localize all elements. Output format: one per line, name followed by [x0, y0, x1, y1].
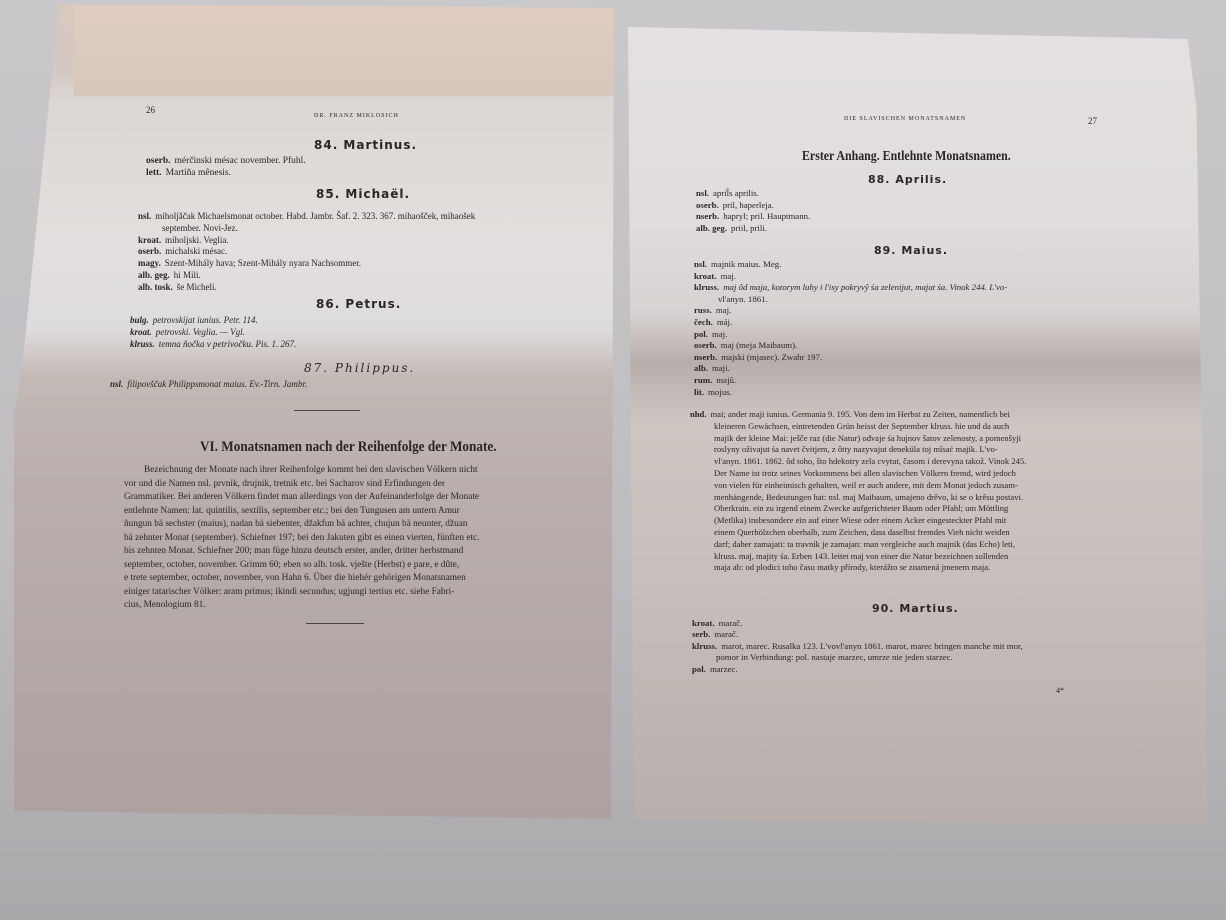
entry-text: kleineren Gewächsen, eintretenden Grün h…	[714, 421, 1009, 431]
folded-paper-edge	[74, 6, 624, 96]
entry-list: oserb.mérčinski mésac november. Pfuhl. l…	[146, 156, 306, 180]
entry-text: pomor in Verbindung: pol. nastaje marzec…	[716, 652, 953, 662]
entry-text: majik der kleine Mai: ješče raz (die Nat…	[714, 433, 1021, 443]
entry-text: máj.	[717, 317, 732, 327]
entry-continuation: vl'anyn. 1861. 1862. ôd toho, što hdekot…	[690, 456, 1026, 468]
entry-text: še Micheli.	[177, 282, 217, 292]
language-abbr: rum.	[694, 375, 712, 385]
entry-text: mérčinski mésac november. Pfuhl.	[175, 156, 306, 166]
entry-list: bulg.petrovskijat iunius. Petr. 114. kro…	[130, 315, 296, 350]
language-abbr: oserb.	[694, 340, 717, 350]
running-head: Dr. Franz Miklosich	[314, 113, 399, 119]
chapter-paragraph: Bezeichnung der Monate nach ihrer Reihen…	[124, 464, 554, 613]
paragraph-line: bis zehnten Monat. Schiefner 200; man fü…	[124, 545, 554, 559]
paragraph-line: vor und die Namen nsl. prvnik, drujnik, …	[124, 478, 554, 492]
entry: russ.maj.	[694, 305, 1007, 317]
entry-continuation: Oberkrain. ein zu irgend einem Zwecke au…	[690, 503, 1026, 515]
entry: čech.máj.	[694, 317, 1007, 329]
entry: klruss.temna ňočka v petrivočku. Pis. 1.…	[130, 339, 296, 351]
entry-text: roslyny oživajut śa navet čvitjem, z ôtt…	[714, 444, 998, 454]
language-abbr: pol.	[692, 664, 706, 674]
language-abbr: magy.	[138, 258, 161, 268]
language-abbr: nsl.	[696, 188, 709, 198]
entry: oserb.michalski mésac.	[138, 246, 475, 258]
entry-list: nsl.april̂s aprilis. oserb.pril, haperle…	[696, 188, 810, 234]
language-abbr: čech.	[694, 317, 713, 327]
language-abbr: oserb.	[696, 200, 719, 210]
paragraph-line: einiger tatarischer Völker: aram primus;…	[124, 586, 554, 600]
language-abbr: alb. tosk.	[138, 282, 173, 292]
language-abbr: klruss.	[694, 282, 719, 292]
entry-continuation: majik der kleine Mai: ješče raz (die Nat…	[690, 433, 1026, 445]
running-head: Die slavischen Monatsnamen	[844, 116, 966, 122]
language-abbr: kroat.	[694, 271, 717, 281]
entry-continuation: kleineren Gewächsen, eintretenden Grün h…	[690, 421, 1026, 433]
section-divider	[294, 410, 360, 411]
entry: pol.maj.	[694, 329, 1007, 341]
entry-continuation: vl'anyn. 1861.	[694, 294, 1007, 306]
entry-text: miholjski. Veglia.	[165, 235, 229, 245]
entry-text: maja ab: od plodici toho času matky přír…	[714, 562, 990, 572]
entry: nserb.hapryl; pril. Hauptmann.	[696, 211, 810, 223]
entry: klruss.marot, marec. Rusalka 123. L'vovl…	[692, 641, 1023, 652]
language-abbr: lit.	[694, 387, 704, 397]
end-divider	[306, 623, 364, 624]
entry-continuation: klruss. maj, majity śa. Erben 143. leite…	[690, 551, 1026, 563]
entry-text: mai; ander maji iunius. Germania 9. 195.…	[711, 409, 1010, 419]
entry-text: miholjǎčak Michaelsmonat october. Habd. …	[155, 211, 475, 221]
paragraph-line: Bezeichnung der Monate nach ihrer Reihen…	[124, 464, 554, 478]
entry-text: september. Novi-Jez.	[162, 223, 238, 233]
entry-list: nsl.filipovščak Philippsmonat maius. Ev.…	[110, 379, 307, 391]
language-abbr: russ.	[694, 305, 712, 315]
section-heading: 88. Aprilis.	[868, 173, 947, 186]
entry-text: majski (mjasec). Zwahr 197.	[721, 352, 822, 362]
entry-text: Der Name ist trotz seines Vorkommens bei…	[714, 468, 1016, 478]
entry-continuation: Der Name ist trotz seines Vorkommens bei…	[690, 468, 1026, 480]
entry-text: maj.	[716, 305, 731, 315]
language-abbr: kroat.	[130, 327, 152, 337]
language-abbr: kroat.	[138, 235, 161, 245]
language-abbr: nserb.	[696, 211, 719, 221]
entry-text: petrovskijat iunius. Petr. 114.	[153, 315, 258, 325]
entry-list: nsl.majnik maius. Meg. kroat.maj. klruss…	[694, 259, 1007, 398]
entry: alb. geg.priil, prili.	[696, 223, 810, 235]
entry: klruss.maj ôd maja, kotorym luhy i l'isy…	[694, 282, 1007, 294]
section-heading: 89. Maius.	[874, 244, 948, 257]
entry-text: menhängende, Bedeutungen hat: nsl. maj M…	[714, 492, 1023, 502]
entry-text: hapryl; pril. Hauptmann.	[723, 211, 810, 221]
language-abbr: serb.	[692, 629, 710, 639]
entry-text: priil, prili.	[731, 223, 767, 233]
entry: kroat.maj.	[694, 271, 1007, 283]
entry-continuation: pomor in Verbindung: pol. nastaje marzec…	[692, 652, 1023, 663]
paragraph-line: september, october, november. Grimm 60; …	[124, 559, 554, 573]
language-abbr: alb. geg.	[696, 223, 727, 233]
entry: rum.majŭ.	[694, 375, 1007, 387]
section-heading: 85. Michaël.	[316, 187, 410, 201]
entry-text: maji.	[712, 363, 730, 373]
entry: serb.marač.	[692, 629, 1023, 640]
entry: alb. geg.hi Mili.	[138, 270, 475, 282]
language-abbr: nhd.	[690, 409, 707, 419]
entry-text: maj ôd maja, kotorym luhy i l'isy pokryv…	[723, 282, 1007, 292]
entry: nhd.mai; ander maji iunius. Germania 9. …	[690, 409, 1026, 421]
paragraph-line: e trete september, october, november, vo…	[124, 572, 554, 586]
language-abbr: oserb.	[146, 156, 171, 166]
entry-text: michalski mésac.	[165, 246, 227, 256]
page-number: 26	[146, 105, 155, 115]
entry-text: hi Mili.	[174, 270, 201, 280]
entry-continuation: maja ab: od plodici toho času matky přír…	[690, 562, 1026, 574]
entry-text: vl'anyn. 1861.	[718, 294, 768, 304]
entry-text: maj.	[721, 271, 736, 281]
entry-list: kroat.marač. serb.marač. klruss.marot, m…	[692, 618, 1023, 675]
entry-text: majnik maius. Meg.	[711, 259, 781, 269]
entry: lit.mojus.	[694, 387, 1007, 399]
entry: kroat.marač.	[692, 618, 1023, 629]
entry-text: einem Querhölzchen oberhalb, zum Zeichen…	[714, 527, 1010, 537]
entry: oserb.maj (meja Maibaum).	[694, 340, 1007, 352]
entry-text: mojus.	[708, 387, 732, 397]
entry-text: Martiňa mênesis.	[166, 168, 231, 178]
entry-text: majŭ.	[716, 375, 736, 385]
entry: magy.Szent-Mihály hava; Szent-Mihály nya…	[138, 258, 475, 270]
entry-text: marzec.	[710, 664, 738, 674]
entry-text: (Metlika) insbesondere ein auf einer Wie…	[714, 515, 1006, 525]
entry-text: marač.	[719, 618, 743, 628]
page-number: 27	[1088, 116, 1097, 126]
chapter-title: VI. Monatsnamen nach der Reihenfolge der…	[200, 439, 497, 456]
entry-list: nsl.miholjǎčak Michaelsmonat october. Ha…	[138, 211, 475, 294]
section-heading: 84. Martinus.	[314, 138, 417, 152]
entry: nserb.majski (mjasec). Zwahr 197.	[694, 352, 1007, 364]
entry-continuation: menhängende, Bedeutungen hat: nsl. maj M…	[690, 492, 1026, 504]
section-heading: 86. Petrus.	[316, 297, 401, 311]
right-page: Die slavischen Monatsnamen 27 Erster Anh…	[628, 27, 1208, 824]
entry-text: Oberkrain. ein zu irgend einem Zwecke au…	[714, 503, 1008, 513]
entry-text: darf; daher zamajati: ta travnik je zama…	[714, 539, 1015, 549]
paragraph-line: Grammatiker. Bei anderen Völkern findet …	[124, 491, 554, 505]
nhd-entry: nhd.mai; ander maji iunius. Germania 9. …	[690, 409, 1026, 574]
entry-text: maj (meja Maibaum).	[721, 340, 797, 350]
language-abbr: alb. geg.	[138, 270, 170, 280]
entry: bulg.petrovskijat iunius. Petr. 114.	[130, 315, 296, 327]
language-abbr: bulg.	[130, 315, 149, 325]
entry-text: vl'anyn. 1861. 1862. ôd toho, što hdekot…	[714, 456, 1026, 466]
entry-continuation: darf; daher zamajati: ta travnik je zama…	[690, 539, 1026, 551]
language-abbr: nsl.	[110, 379, 123, 389]
entry-text: maj.	[712, 329, 727, 339]
entry-continuation: september. Novi-Jez.	[138, 223, 475, 235]
entry-text: filipovščak Philippsmonat maius. Ev.-Tir…	[127, 379, 307, 389]
entry-text: temna ňočka v petrivočku. Pis. 1. 267.	[159, 339, 296, 349]
entry: pol.marzec.	[692, 664, 1023, 675]
entry-text: klruss. maj, majity śa. Erben 143. leite…	[714, 551, 1008, 561]
entry-text: petrovski. Veglia. — Vgl.	[156, 327, 245, 337]
entry-continuation: von vielen für einheimisch gehalten, wei…	[690, 480, 1026, 492]
entry: nsl.april̂s aprilis.	[696, 188, 810, 200]
entry: alb. tosk.še Micheli.	[138, 282, 475, 294]
language-abbr: pol.	[694, 329, 708, 339]
language-abbr: nserb.	[694, 352, 717, 362]
entry-text: marač.	[714, 629, 738, 639]
section-heading: 87. Philippus.	[304, 361, 415, 375]
signature-mark: 4*	[1056, 686, 1064, 695]
entry-text: von vielen für einheimisch gehalten, wei…	[714, 480, 1018, 490]
paragraph-line: ñungun bä sechster (maius), nadan bä sie…	[124, 518, 554, 532]
entry-text: pril, haperleja.	[723, 200, 774, 210]
entry: nsl.majnik maius. Meg.	[694, 259, 1007, 271]
entry-text: marot, marec. Rusalka 123. L'vovl'anyn 1…	[721, 641, 1023, 651]
entry: alb.maji.	[694, 363, 1007, 375]
paragraph-line: bä zehnter Monat (september). Schiefner …	[124, 532, 554, 546]
entry: oserb.mérčinski mésac november. Pfuhl.	[146, 156, 306, 168]
language-abbr: klruss.	[692, 641, 717, 651]
language-abbr: kroat.	[692, 618, 715, 628]
entry: lett.Martiňa mênesis.	[146, 168, 306, 180]
entry: nsl.filipovščak Philippsmonat maius. Ev.…	[110, 379, 307, 391]
language-abbr: nsl.	[138, 211, 151, 221]
section-heading: 90. Martius.	[872, 602, 959, 615]
entry: nsl.miholjǎčak Michaelsmonat october. Ha…	[138, 211, 475, 223]
entry-text: Szent-Mihály hava; Szent-Mihály nyara Na…	[165, 258, 361, 268]
language-abbr: nsl.	[694, 259, 707, 269]
entry-text: april̂s aprilis.	[713, 188, 759, 198]
entry: kroat.miholjski. Veglia.	[138, 235, 475, 247]
language-abbr: lett.	[146, 168, 162, 178]
language-abbr: klruss.	[130, 339, 155, 349]
entry-continuation: (Metlika) insbesondere ein auf einer Wie…	[690, 515, 1026, 527]
entry-continuation: einem Querhölzchen oberhalb, zum Zeichen…	[690, 527, 1026, 539]
paragraph-line: cius, Menologium 81.	[124, 599, 554, 613]
entry: oserb.pril, haperleja.	[696, 200, 810, 212]
language-abbr: oserb.	[138, 246, 161, 256]
language-abbr: alb.	[694, 363, 708, 373]
entry-continuation: roslyny oživajut śa navet čvitjem, z ôtt…	[690, 444, 1026, 456]
paragraph-line: entlehnte Namen: lat. quintilis, sextili…	[124, 505, 554, 519]
entry: kroat.petrovski. Veglia. — Vgl.	[130, 327, 296, 339]
left-page: 26 Dr. Franz Miklosich 84. Martinus. ose…	[14, 4, 614, 819]
appendix-title: Erster Anhang. Entlehnte Monatsnamen.	[802, 148, 1011, 164]
